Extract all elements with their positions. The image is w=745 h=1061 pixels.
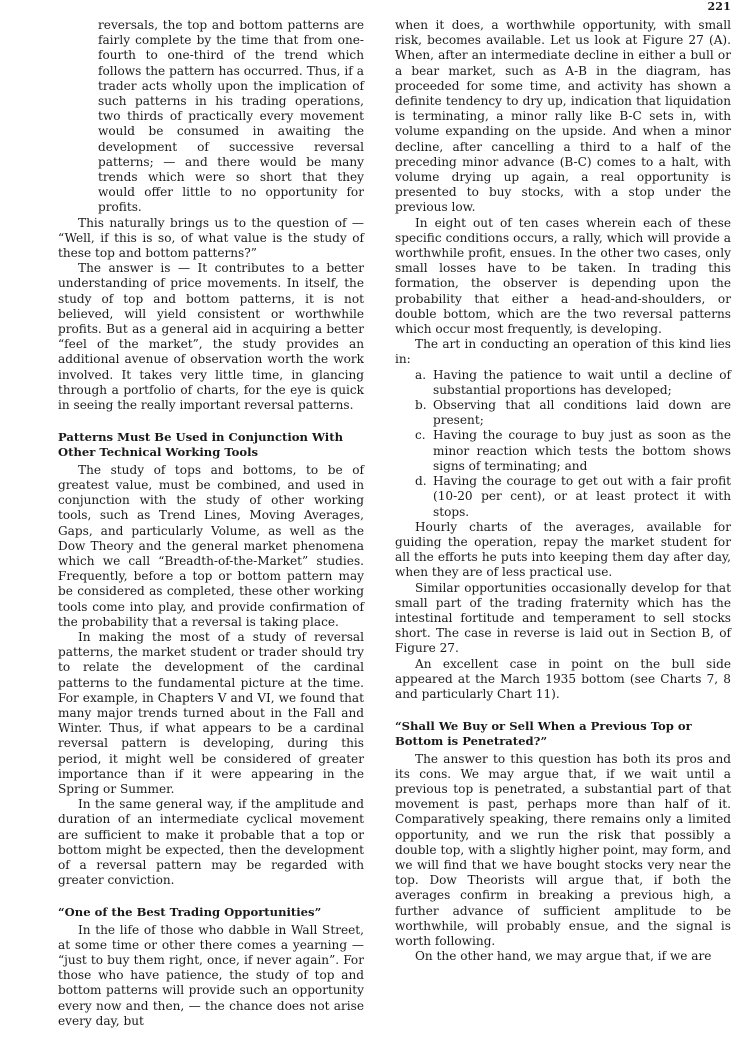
- paragraph: In the same general way, if the amplitud…: [58, 797, 364, 888]
- paragraph: The study of tops and bottoms, to be of …: [58, 463, 364, 630]
- left-column: reversals, the top and bottom patterns a…: [58, 18, 364, 1029]
- list-item: c. Having the courage to buy just as soo…: [395, 428, 731, 474]
- list-marker: c.: [415, 428, 426, 443]
- conditions-list: a. Having the patience to wait until a d…: [395, 368, 731, 520]
- section-heading: “Shall We Buy or Sell When a Previous To…: [395, 719, 731, 749]
- list-marker: d.: [415, 474, 427, 489]
- paragraph: On the other hand, we may argue that, if…: [395, 949, 731, 964]
- paragraph: In the life of those who dabble in Wall …: [58, 923, 364, 1029]
- list-marker: b.: [415, 398, 427, 413]
- paragraph: This naturally brings us to the question…: [58, 216, 364, 262]
- section-heading: “One of the Best Trading Opportunities”: [58, 905, 364, 920]
- list-item: b. Observing that all conditions laid do…: [395, 398, 731, 428]
- paragraph: The art in conducting an operation of th…: [395, 337, 731, 367]
- list-item: a. Having the patience to wait until a d…: [395, 368, 731, 398]
- list-item-text: Having the patience to wait until a decl…: [433, 368, 731, 397]
- paragraph: In making the most of a study of reversa…: [58, 630, 364, 797]
- paragraph: The answer is — It contributes to a bett…: [58, 261, 364, 413]
- right-column: when it does, a worthwhile opportunity, …: [395, 18, 731, 964]
- page-number: 221: [707, 0, 731, 13]
- paragraph: The answer to this question has both its…: [395, 752, 731, 950]
- paragraph: when it does, a worthwhile opportunity, …: [395, 18, 731, 216]
- list-item: d. Having the courage to get out with a …: [395, 474, 731, 520]
- paragraph: Similar opportunities occasionally devel…: [395, 581, 731, 657]
- paragraph: reversals, the top and bottom patterns a…: [98, 18, 364, 216]
- list-item-text: Observing that all conditions laid down …: [433, 398, 731, 427]
- list-item-text: Having the courage to get out with a fai…: [433, 474, 731, 518]
- book-page: 221 reversals, the top and bottom patter…: [0, 0, 745, 1061]
- paragraph: Hourly charts of the averages, available…: [395, 520, 731, 581]
- section-heading: Patterns Must Be Used in Conjunction Wit…: [58, 430, 364, 460]
- paragraph: An excellent case in point on the bull s…: [395, 657, 731, 703]
- list-item-text: Having the courage to buy just as soon a…: [433, 428, 731, 472]
- list-marker: a.: [415, 368, 426, 383]
- paragraph: In eight out of ten cases wherein each o…: [395, 216, 731, 338]
